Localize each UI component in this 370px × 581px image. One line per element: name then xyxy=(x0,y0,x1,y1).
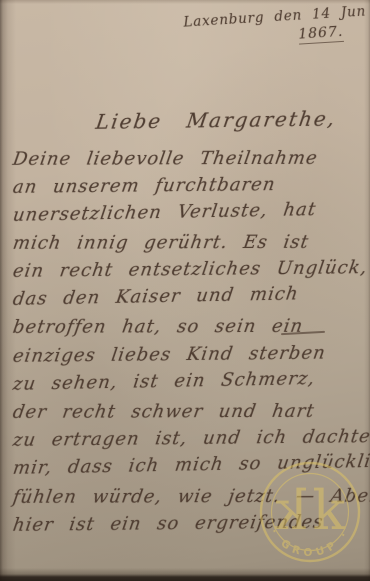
salutation: Liebe Margarethe, xyxy=(94,107,338,134)
letter-photo: Laxenburg den 14 Jun 1867. Liebe Margare… xyxy=(0,0,370,581)
kk-monogram-icon: k k xyxy=(274,479,347,542)
body-line: zu sehen, ist ein Schmerz, xyxy=(12,368,317,395)
body-line: der recht schwer und hart xyxy=(11,401,316,423)
body-line: an unserem furchtbaren xyxy=(11,174,277,198)
dateline-year: 1867. xyxy=(298,24,344,45)
body-line: mich innig gerührt. Es ist xyxy=(11,232,310,254)
body-line: ein recht entsetzliches Unglück, xyxy=(11,257,369,282)
watermark-stamp: · GROUP · k k xyxy=(236,438,370,581)
body-line: unersetzlichen Verluste, hat xyxy=(12,199,318,226)
body-line: betroffen hat, so sein ein xyxy=(11,316,304,338)
body-line: Deine liebevolle Theilnahme xyxy=(11,148,319,170)
body-line: das den Kaiser und mich xyxy=(12,284,301,310)
kk-monogram-left-k: k xyxy=(274,479,308,542)
dateline: Laxenburg den 14 Jun 1867. xyxy=(183,3,368,51)
body-line: einziges liebes Kind sterben xyxy=(11,343,327,367)
kk-monogram-right-k: k xyxy=(313,479,347,542)
